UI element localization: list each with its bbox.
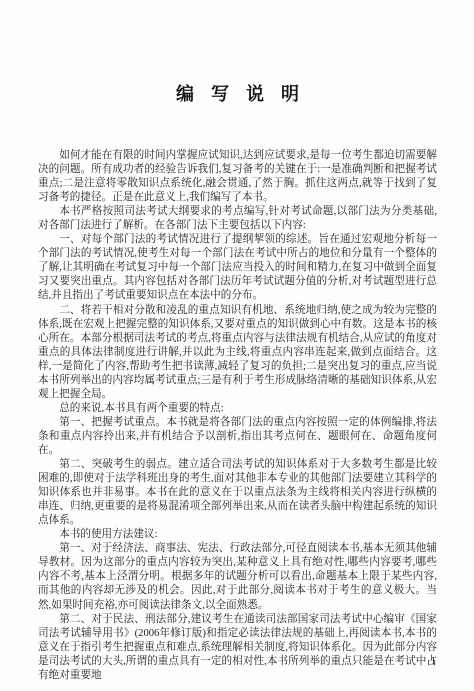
usage-advice-1-paragraph: 第一、对于经济法、商事法、宪法、行政法部分,可径直阅读本书,基本无须其他辅导教材… (38, 542, 437, 612)
content-point-2-paragraph: 二、将若干相对分散和凌乱的重点知识有机地、系统地归纳,使之成为较为完整的体系,既… (38, 304, 437, 402)
feature-1-paragraph: 第一、把握考试重点。本书就是将各部门法的重点内容按照一定的体例编排,将法条和重点… (38, 416, 437, 458)
usage-advice-2-paragraph: 第二、对于民法、刑法部分,建议考生在通读司法部国家司法考试中心编审《国家司法考试… (38, 613, 437, 683)
content-point-1-paragraph: 一、对每个部门法的考试情况进行了提纲挈领的综述。旨在通过宏观地分析每一个部门法的… (38, 233, 437, 303)
features-lead-paragraph: 总的来说,本书具有两个重要的特点: (38, 402, 437, 416)
overview-paragraph: 本书严格按照司法考试大纲要求的考点编写,针对考试命题,以部门法为分类基础,对各部… (38, 205, 437, 233)
page-title: 编写说明 (38, 80, 437, 106)
body-text: 如何才能在有限的时间内掌握应试知识,达到应试要求,是每一位考生都迫切需要解决的问… (38, 149, 437, 683)
intro-paragraph: 如何才能在有限的时间内掌握应试知识,达到应试要求,是每一位考生都迫切需要解决的问… (38, 149, 437, 205)
page-number: 1 (431, 656, 436, 667)
usage-lead-paragraph: 本书的使用方法建议: (38, 528, 437, 542)
feature-2-paragraph: 第二、突破考生的弱点。建立适合司法考试的知识体系对于大多数考生都是比较困难的,即… (38, 458, 437, 528)
book-page: 编写说明 如何才能在有限的时间内掌握应试知识,达到应试要求,是每一位考生都迫切需… (0, 0, 474, 691)
